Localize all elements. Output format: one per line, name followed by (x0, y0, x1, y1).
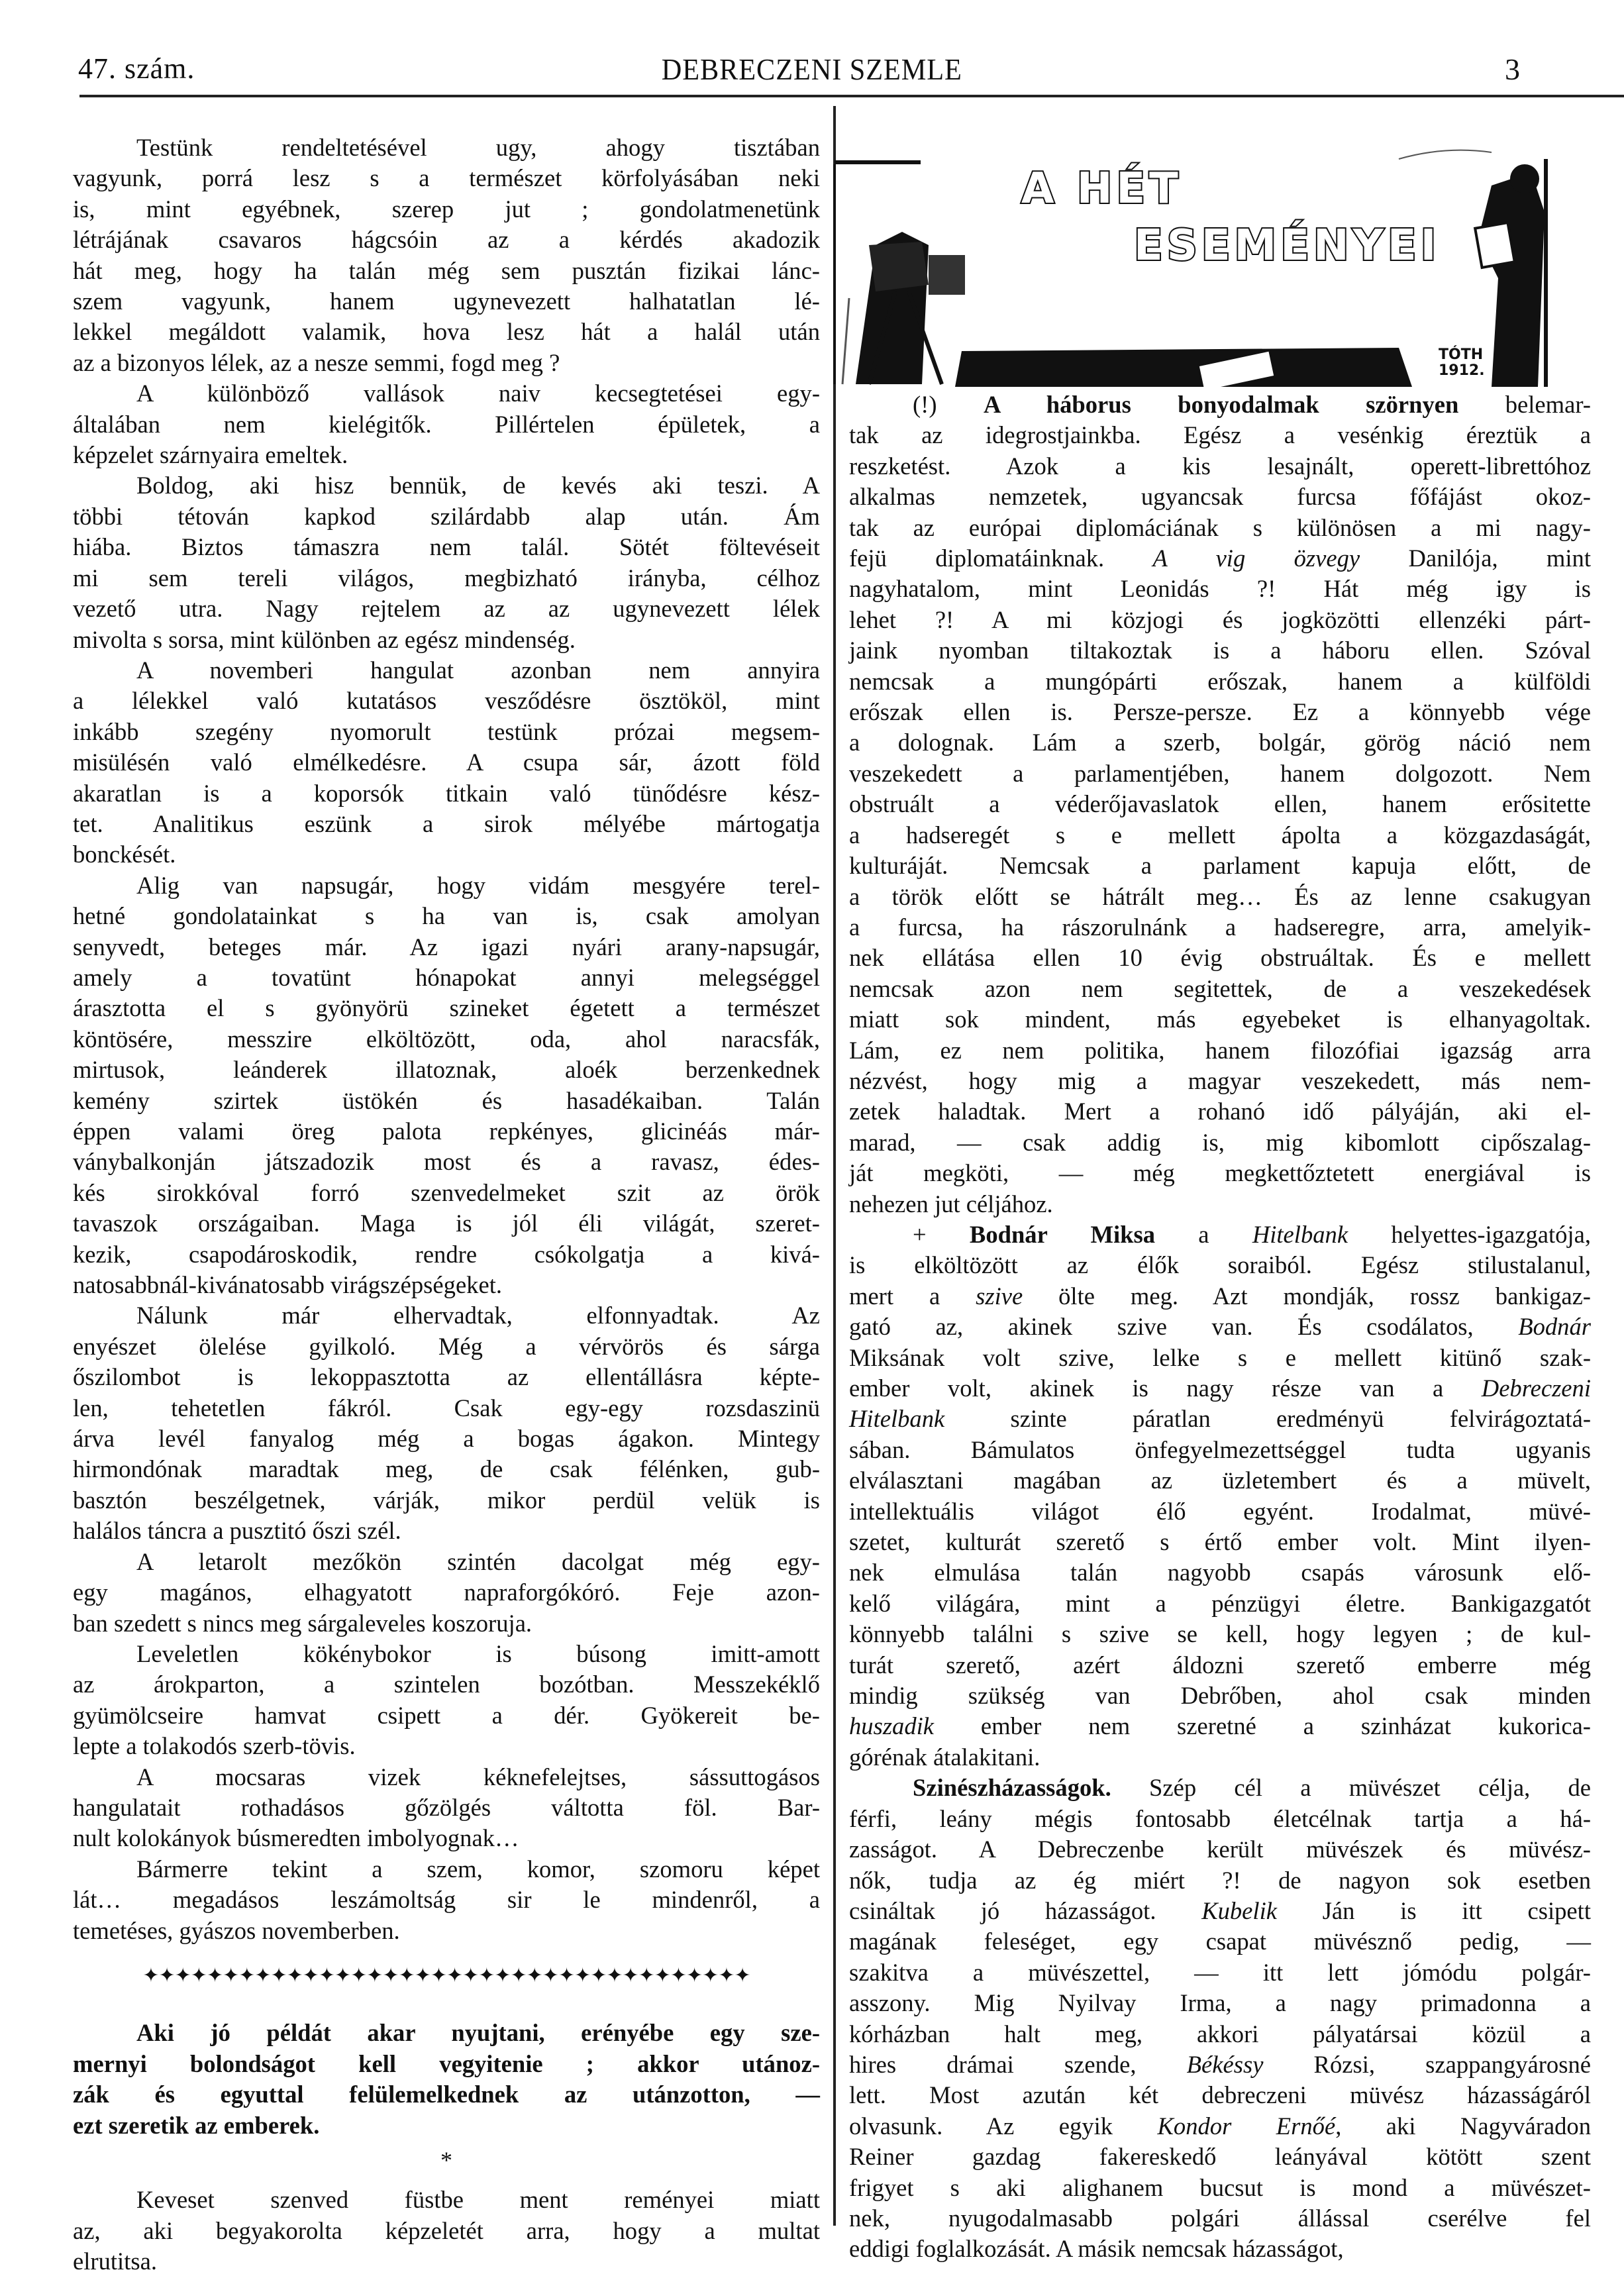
essay-paragraph: A letarolt mezőkön szintén dacolgat még … (73, 1547, 820, 1639)
text-line: a török előtt se hátrált meg… És az lenn… (849, 882, 1591, 912)
text-line: fejü diplomatáinknak. A vig özvegy Danil… (849, 543, 1591, 574)
text-line: jaink nyomban tiltakoztak is a háboru el… (849, 635, 1591, 666)
text-line: képzelet szárnyaira emeltek. (73, 440, 820, 470)
text-line: halálos táncra a pusztitó őszi szél. (73, 1516, 820, 1546)
aphorism-2: Keveset szenved füstbe ment reményei mia… (73, 2185, 820, 2277)
text-line: olvasunk. Az egyik Kondor Ernőé, aki Nag… (849, 2111, 1591, 2142)
text-line: intellektuális világot élő egyént. Iroda… (849, 1496, 1591, 1527)
text-line: magának feleséget, egy csapat müvésznő p… (849, 1926, 1591, 1957)
text-line: huszadik ember nem szeretné a szinházat … (849, 1711, 1591, 1741)
text-line: elválasztani magában az üzletembert és a… (849, 1465, 1591, 1496)
text-line: vezető utra. Nagy rejtelem az az ugyneve… (73, 594, 820, 624)
text-line: zák és egyuttal felülemelkednek az utánz… (73, 2079, 820, 2110)
obituary-article: + Bodnár Miksa a Hitelbank helyettes-iga… (849, 1219, 1591, 1773)
text-line: kezik, csapodároskodik, rendre csókolgat… (73, 1239, 820, 1270)
text-line: többi tétován kapkod szilárdabb alap utá… (73, 501, 820, 532)
text-line: + Bodnár Miksa a Hitelbank helyettes-iga… (849, 1219, 1591, 1250)
text-line: a dolognak. Lám a szerb, bolgár, görög n… (849, 727, 1591, 758)
text-line: egy magános, elhagyatott napraforgókóró.… (73, 1577, 820, 1608)
text-line: nemcsak a mungópárti erőszak, hanem a kü… (849, 666, 1591, 697)
text-line: árva levél fanyalog még a bogas ágakon. … (73, 1424, 820, 1454)
text-line: éppen valami öreg palota repkényes, glic… (73, 1116, 820, 1147)
text-line: általában nem kielégitők. Pillértelen ép… (73, 409, 820, 440)
essay-paragraph: Nálunk már elhervadtak, elfonnyadtak. Az… (73, 1300, 820, 1546)
text-line: marad, — csak addig is, mig kibomlott ci… (849, 1127, 1591, 1158)
essay-paragraph: Bármerre tekint a szem, komor, szomoru k… (73, 1854, 820, 1946)
page-number: 3 (1505, 52, 1520, 87)
text-line: sában. Bámulatos önfegyelmezettséggel tu… (849, 1435, 1591, 1465)
text-line: Miksának volt szive, lelke s e mellett k… (849, 1343, 1591, 1373)
section-illustration: A HÉT ESEMÉNYEI TÓTH 1912. (829, 132, 1584, 387)
asterisk-separator: * (73, 2145, 820, 2175)
text-line: lett. Most azután két debreczeni müvész … (849, 2080, 1591, 2110)
left-column: Testünk rendeltetésével ugy, ahogy tiszt… (73, 132, 820, 2277)
text-line: mi sem tereli világos, megbizható irányb… (73, 563, 820, 594)
essay-paragraph: A különböző vallások naiv kecsegtetései … (73, 378, 820, 470)
text-line: zasságot. A Debreczenbe került müvészek … (849, 1834, 1591, 1865)
text-line: A novemberi hangulat azonban nem annyira (73, 655, 820, 686)
text-line: Lám, ez nem politika, hanem filozófiai i… (849, 1035, 1591, 1066)
text-line: lepte a tolakodós szerb-tövis. (73, 1731, 820, 1761)
text-line: Leveletlen kökénybokor is búsong imitt-a… (73, 1639, 820, 1669)
text-line: Aki jó példát akar nyujtani, erényébe eg… (73, 2018, 820, 2048)
text-line: az, aki begyakorolta képzeletét arra, ho… (73, 2216, 820, 2246)
text-line: reszketést. Azok a kis lesajnált, operet… (849, 451, 1591, 482)
text-line: veszekedett a parlamentjében, hanem dolg… (849, 758, 1591, 789)
war-article: (!) A háborus bonyodalmak szörnyen belem… (849, 389, 1591, 1219)
text-line: létrájának csavaros hágcsóin az a kérdés… (73, 225, 820, 255)
text-line: hát meg, hogy ha talán még sem pusztán f… (73, 256, 820, 286)
text-line: kórházban halt meg, akkori pályatársai k… (849, 2019, 1591, 2049)
text-line: erőszak ellen is. Persze-persze. Ez a kö… (849, 697, 1591, 727)
text-line: lekkel megáldott valamik, hova lesz hát … (73, 317, 820, 347)
text-line: Bármerre tekint a szem, komor, szomoru k… (73, 1854, 820, 1885)
text-line: Boldog, aki hisz bennük, de kevés aki te… (73, 470, 820, 501)
text-line: férfi, leány mégis fontosabb életcélnak … (849, 1804, 1591, 1834)
text-line: is elköltözött az élők soraiból. Egész s… (849, 1250, 1591, 1280)
text-line: az árokparton, a szintelen bozótban. Mes… (73, 1669, 820, 1700)
actor-marriages-article: Szinészházasságok. Szép cél a müvészet c… (849, 1773, 1591, 2265)
text-line: hires drámai szende, Békéssy Rózsi, szap… (849, 2049, 1591, 2080)
text-line: nők, tudja az ég miért ?! de nagyon sok … (849, 1865, 1591, 1896)
text-line: nehezen jut céljához. (849, 1189, 1591, 1219)
right-column: A HÉT ESEMÉNYEI TÓTH 1912. (!) A háborus… (849, 132, 1591, 2265)
text-line: árasztotta el s gyönyörü szineket égetet… (73, 993, 820, 1023)
text-line: ványbalkonján játszadozik most és a rava… (73, 1147, 820, 1177)
text-line: kelő világára, mint a pénzügyi életre. B… (849, 1588, 1591, 1619)
essay-paragraph: Testünk rendeltetésével ugy, ahogy tiszt… (73, 132, 820, 378)
text-line: mernyi bolondságot kell vegyitenie ; akk… (73, 2049, 820, 2079)
text-line: Keveset szenved füstbe ment reményei mia… (73, 2185, 820, 2215)
page-header: 47. szám. DEBRECZENI SZEMLE 3 (0, 0, 1624, 106)
text-line: (!) A háborus bonyodalmak szörnyen belem… (849, 389, 1591, 420)
text-line: csináltak jó házasságot. Kubelik Ján is … (849, 1896, 1591, 1926)
text-line: ezt szeretik az emberek. (73, 2110, 820, 2141)
essay-paragraph: Alig van napsugár, hogy vidám mesgyére t… (73, 870, 820, 1301)
text-line: temetéses, gyászos novemberben. (73, 1916, 820, 1946)
text-line: A mocsaras vizek kéknefelejtses, sássutt… (73, 1762, 820, 1792)
illustration-title-line2: ESEMÉNYEI (1134, 231, 1440, 261)
text-line: őszilombot is lekoppasztotta az ellentál… (73, 1362, 820, 1392)
text-line: nult kolokányok búsmeredten imbolyognak… (73, 1823, 820, 1853)
text-line: ban szedett s nincs meg sárgaleveles kos… (73, 1608, 820, 1639)
text-line: ember volt, akinek is nagy része van a D… (849, 1373, 1591, 1404)
text-line: górénak átalakitani. (849, 1742, 1591, 1773)
artist-signature: TÓTH 1912. (1436, 346, 1488, 380)
text-line: nézvést, hogy mig a magyar veszekedett, … (849, 1066, 1591, 1096)
text-line: mindig szükség van Debrőben, ahol csak m… (849, 1681, 1591, 1711)
text-line: basztón beszélgetnek, várják, mikor perd… (73, 1485, 820, 1516)
text-line: hetné gondolatainkat s ha van is, csak a… (73, 901, 820, 931)
text-line: senyvedt, beteges már. Az igazi nyári ar… (73, 932, 820, 962)
text-line: frigyet s aki alighanem bucsut is mond a… (849, 2173, 1591, 2203)
text-line: natosabbnál-kivánatosabb virágszépségeke… (73, 1270, 820, 1300)
text-line: asszony. Mig Nyilvay Irma, a nagy primad… (849, 1988, 1591, 2018)
text-line: turát szerető, azért áldozni szerető emb… (849, 1650, 1591, 1681)
text-line: alkalmas nemzetek, ugyancsak furcsa főfá… (849, 482, 1591, 512)
text-line: is, mint egyébnek, szerep jut ; gondolat… (73, 194, 820, 225)
essay-body: Testünk rendeltetésével ugy, ahogy tiszt… (73, 132, 820, 1946)
text-line: obstruált a véderőjavaslatok ellen, hane… (849, 789, 1591, 819)
text-line: gyümölcseire hamvat csipett a dér. Gyöke… (73, 1700, 820, 1731)
text-line: nagyhatalom, mint Leonidás ?! Hát még ig… (849, 574, 1591, 604)
aphorism-1: Aki jó példát akar nyujtani, erényébe eg… (73, 2018, 820, 2141)
text-line: tavaszok országaiban. Maga is jól éli vi… (73, 1208, 820, 1239)
text-line: Alig van napsugár, hogy vidám mesgyére t… (73, 870, 820, 901)
text-line: zetek haladtak. Mert a rohanó idő pályáj… (849, 1096, 1591, 1127)
text-line: tak az európai diplomáciának s különösen… (849, 513, 1591, 543)
text-line: Testünk rendeltetésével ugy, ahogy tiszt… (73, 132, 820, 163)
text-line: mivolta s sorsa, mint különben az egész … (73, 625, 820, 655)
ornament-divider: ✦✦✦✦✦✦✦✦✦✦✦✦✦✦✦✦✦✦✦✦✦✦✦✦✦✦✦✦✦✦✦✦✦✦✦✦✦✦ (73, 1961, 820, 1991)
publication-title: DEBRECZENI SZEMLE (0, 52, 1624, 87)
text-line: Szinészházasságok. Szép cél a müvészet c… (849, 1773, 1591, 1803)
text-line: amely a tovatünt hónapokat annyi melegsé… (73, 962, 820, 993)
text-line: nek ellátása ellen 10 évig obstruáltak. … (849, 943, 1591, 973)
text-line: elrutitsa. (73, 2246, 820, 2277)
essay-paragraph: A novemberi hangulat azonban nem annyira… (73, 655, 820, 870)
text-line: az a bizonyos lélek, az a nesze semmi, f… (73, 348, 820, 378)
text-line: hirmondónak maradtak meg, de csak félénk… (73, 1454, 820, 1484)
text-line: gató az, akinek szive van. És csodálatos… (849, 1312, 1591, 1342)
text-line: enyészet ölelése gyilkoló. Még a vérvörö… (73, 1331, 820, 1362)
text-line: lát… megadásos leszámoltság sir le minde… (73, 1885, 820, 1915)
text-line: ját megköti, — még megkettőztetett energ… (849, 1158, 1591, 1188)
text-line: Nálunk már elhervadtak, elfonnyadtak. Az (73, 1300, 820, 1331)
text-line: A letarolt mezőkön szintén dacolgat még … (73, 1547, 820, 1577)
text-line: inkább szegény nyomorult testünk prózai … (73, 717, 820, 747)
text-line: tet. Analitikus eszünk a sirok mélyébe m… (73, 809, 820, 839)
text-line: a lélekkel való kutatásos vesződésre ösz… (73, 686, 820, 716)
text-line: eddigi foglalkozását. A másik nemcsak há… (849, 2234, 1591, 2264)
text-line: A különböző vallások naiv kecsegtetései … (73, 378, 820, 409)
text-line: mert a szive ölte meg. Azt mondják, ross… (849, 1281, 1591, 1312)
text-line: szakitva a müvészettel, — itt lett jómód… (849, 1957, 1591, 1988)
text-line: hangulatait rothadásos gőzölgés váltotta… (73, 1792, 820, 1823)
text-line: a hadseregét s e mellett ápolta a közgaz… (849, 820, 1591, 851)
text-line: szem vagyunk, hanem ugynevezett halhatat… (73, 286, 820, 317)
text-line: kulturáját. Nemcsak a parlament kapuja e… (849, 851, 1591, 881)
text-line: kés sirokkóval forró szenvedelmeket szit… (73, 1178, 820, 1208)
text-line: nek elmulása talán nagyobb csapás városu… (849, 1557, 1591, 1588)
text-line: köntösére, messzire elköltözött, oda, ah… (73, 1024, 820, 1055)
text-line: len, tehetetlen fákról. Csak egy-egy roz… (73, 1393, 820, 1424)
text-line: lehet ?! A mi közjogi és jogközötti elle… (849, 605, 1591, 635)
text-line: misülésén való elmélkedésre. A csupa sár… (73, 747, 820, 778)
text-line: mirtusok, leánderek illatoznak, aloék be… (73, 1055, 820, 1085)
text-line: vagyunk, porrá lesz s a természet körfol… (73, 163, 820, 193)
text-line: miatt sok mindent, más egyebeket is elha… (849, 1004, 1591, 1035)
text-line: könnyebb találni s szive se kell, hogy l… (849, 1619, 1591, 1649)
text-line: nemcsak azon nem segitettek, de a veszek… (849, 974, 1591, 1004)
text-line: nek, nyugodalmasabb polgári állással cse… (849, 2203, 1591, 2234)
essay-paragraph: Boldog, aki hisz bennük, de kevés aki te… (73, 470, 820, 654)
text-line: Hitelbank szinte páratlan eredményü felv… (849, 1404, 1591, 1434)
text-line: akaratlan is a koporsók titkain való tün… (73, 778, 820, 809)
essay-paragraph: Leveletlen kökénybokor is búsong imitt-a… (73, 1639, 820, 1762)
text-line: kemény szirtek üstökén és hasadékaiban. … (73, 1086, 820, 1116)
text-line: bonckését. (73, 839, 820, 870)
text-line: szetet, kulturát szerető s értő ember vo… (849, 1527, 1591, 1557)
illustration-title-line1: A HÉT (1021, 174, 1182, 204)
essay-paragraph: A mocsaras vizek kéknefelejtses, sássutt… (73, 1762, 820, 1854)
header-rule (79, 95, 1624, 97)
column-divider (833, 106, 836, 2226)
text-line: a furcsa, ha rászorulnánk a hadseregre, … (849, 912, 1591, 943)
text-line: Reiner gazdag fakereskedő leányával kötö… (849, 2142, 1591, 2172)
text-line: hiába. Biztos támaszra nem talál. Sötét … (73, 532, 820, 562)
text-line: tak az idegrostjainkba. Egész a vesénkig… (849, 420, 1591, 450)
